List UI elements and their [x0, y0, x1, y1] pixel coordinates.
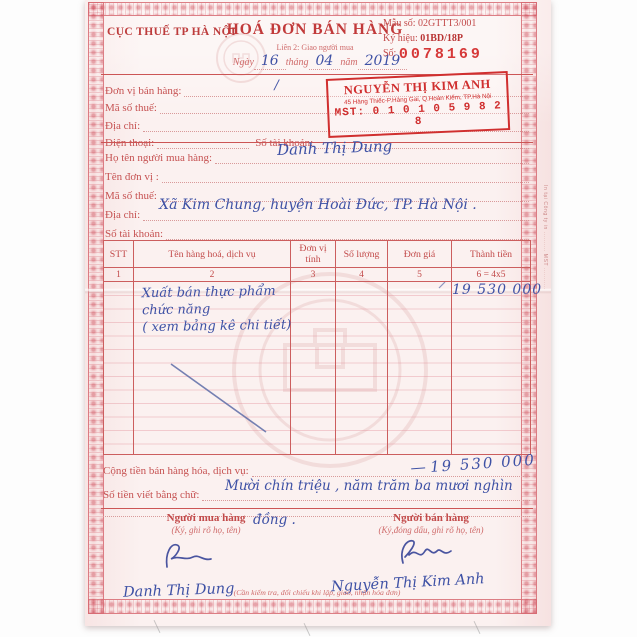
seller-tax-label: Mã số thuế: — [105, 102, 157, 114]
form-number-label: Mẫu số: — [383, 18, 416, 29]
buyer-name-label: Họ tên người mua hàng: — [105, 152, 212, 164]
scanned-invoice-photo: CỤC THUẾ TP HÀ NỘI HOÁ ĐƠN BÁN HÀNG Liên… — [0, 0, 637, 637]
date-month-handwritten: 04 — [309, 53, 341, 70]
form-number-line: Mẫu số: 02GTTT3/001 — [383, 16, 525, 31]
seller-address-label: Địa chỉ: — [105, 120, 140, 132]
items-table: STT Tên hàng hoá, dịch vụ Đơn vị tính Số… — [103, 240, 531, 455]
buyer-name-handwritten: Danh Thị Dung — [277, 136, 393, 158]
buyer-account-label: Số tài khoản: — [105, 228, 163, 240]
date-word-day: Ngày — [233, 57, 254, 68]
col-header-stt: STT — [104, 241, 134, 268]
invoice-number-line: Số: 0078169 — [383, 46, 525, 62]
dotted-line — [166, 227, 529, 240]
buyer-unit-label: Tên đơn vị : — [105, 171, 159, 183]
ornamental-border-bottom — [88, 599, 537, 614]
form-number-value: 02GTTT3/001 — [418, 18, 476, 29]
invoice-number-value: 0078169 — [399, 46, 483, 63]
amount-in-words-line1: Mười chín triệu , năm trăm ba mươi nghìn — [225, 478, 513, 494]
item-amount-cell: 19 530 000 — [452, 282, 531, 455]
seller-company-stamp: NGUYỄN THỊ KIM ANH 45 Hàng Thiếc-P.Hàng … — [326, 71, 510, 138]
seller-unit-handwritten-mark: / — [274, 78, 278, 93]
printer-info-vertical-text: In tại Công ty in .......... MST .......… — [542, 185, 548, 290]
buyer-account-line: Số tài khoản: — [105, 227, 529, 240]
col-header-amount: Thành tiền — [452, 241, 531, 268]
seller-unit-label: Đơn vị bán hàng: — [105, 85, 181, 97]
item-price-cell — [388, 282, 452, 455]
date-day-handwritten: 16 — [254, 53, 286, 70]
index-cell: 4 — [336, 268, 388, 282]
summary-words-label: Số tiền viết bằng chữ: — [103, 489, 199, 501]
serial-line: Ký hiệu: 01BD/18P — [383, 31, 525, 46]
index-cell: 1 — [104, 268, 134, 282]
buyer-signature-title: Người mua hàng — [131, 512, 281, 524]
buyer-section: Họ tên người mua hàng: Danh Thị Dung Tên… — [105, 146, 529, 240]
table-index-row: 1 2 3 4 5 6 = 4x5 — [104, 268, 531, 282]
seller-signature-instruction: (Ký,đóng dấu, ghi rõ họ, tên) — [331, 525, 531, 535]
index-cell: 2 — [134, 268, 291, 282]
dotted-line: 19 530 000 — [252, 464, 530, 477]
seller-section: Đơn vị bán hàng: / Mã số thuế: Địa chỉ: … — [105, 79, 529, 149]
buyer-name-line: Họ tên người mua hàng: Danh Thị Dung — [105, 151, 529, 164]
index-cell: 5 — [388, 268, 452, 282]
table-header-row: STT Tên hàng hoá, dịch vụ Đơn vị tính Số… — [104, 241, 531, 268]
seller-signature-scribble — [389, 537, 479, 567]
item-name-cell: Xuất bán thực phẩm chức năng ( xem bảng … — [134, 282, 291, 455]
ornamental-border-left — [88, 2, 104, 614]
seller-signature-block: Người bán hàng (Ký,đóng dấu, ghi rõ họ, … — [331, 512, 531, 590]
col-header-item: Tên hàng hoá, dịch vụ — [134, 241, 291, 268]
form-meta-block: Mẫu số: 02GTTT3/001 Ký hiệu: 01BD/18P Số… — [383, 16, 525, 62]
buyer-tax-label: Mã số thuế: — [105, 190, 157, 202]
summary-words-line: Số tiền viết bằng chữ: Mười chín triệu ,… — [103, 485, 530, 501]
date-word-year: năm — [340, 57, 357, 68]
seller-signature-title: Người bán hàng — [331, 512, 531, 524]
buyer-signature-block: Người mua hàng (Ký, ghi rõ họ, tên) Danh… — [131, 512, 281, 598]
verification-note: (Cần kiểm tra, đối chiếu khi lập, giao, … — [103, 588, 531, 597]
serial-value: 01BD/18P — [420, 33, 463, 44]
col-header-price: Đơn giá — [388, 241, 452, 268]
table-item-row: Xuất bán thực phẩm chức năng ( xem bảng … — [104, 282, 531, 455]
item-amount-handwritten: 19 530 000 — [452, 282, 542, 298]
summary-total-line: Cộng tiền bán hàng hóa, dịch vụ: 19 530 … — [103, 461, 530, 477]
item-qty-cell — [336, 282, 388, 455]
invoice-paper: CỤC THUẾ TP HÀ NỘI HOÁ ĐƠN BÁN HÀNG Liên… — [85, 0, 551, 626]
item-unit-cell — [291, 282, 336, 455]
buyer-signature-scribble — [159, 539, 229, 573]
dotted-line: Xã Kim Chung, huyện Hoài Đức, TP. Hà Nội… — [143, 208, 529, 221]
index-cell: 6 = 4x5 — [452, 268, 531, 282]
dotted-line — [162, 170, 529, 183]
date-word-month: tháng — [286, 57, 309, 68]
divider-summary-signatures — [101, 508, 533, 509]
serial-label: Ký hiệu: — [383, 33, 418, 44]
item-stt-cell — [104, 282, 134, 455]
summary-total-label: Cộng tiền bán hàng hóa, dịch vụ: — [103, 465, 249, 477]
buyer-signature-instruction: (Ký, ghi rõ họ, tên) — [131, 525, 281, 535]
signature-section: Người mua hàng (Ký, ghi rõ họ, tên) Danh… — [103, 512, 531, 598]
index-cell: 3 — [291, 268, 336, 282]
buyer-address-handwritten: Xã Kim Chung, huyện Hoài Đức, TP. Hà Nội… — [159, 197, 477, 213]
item-name-line1: Xuất bán thực phẩm — [142, 283, 290, 303]
item-name-line3: ( xem bảng kê chi tiết) — [142, 317, 290, 337]
col-header-unit: Đơn vị tính — [291, 241, 336, 268]
col-header-qty: Số lượng — [336, 241, 388, 268]
invoice-number-label: Số: — [383, 48, 396, 59]
buyer-address-label: Địa chỉ: — [105, 209, 140, 221]
buyer-address-line: Địa chỉ: Xã Kim Chung, huyện Hoài Đức, T… — [105, 208, 529, 221]
ornamental-border-top — [88, 2, 537, 16]
buyer-unit-line: Tên đơn vị : — [105, 170, 529, 183]
dotted-line: Danh Thị Dung — [215, 151, 529, 164]
